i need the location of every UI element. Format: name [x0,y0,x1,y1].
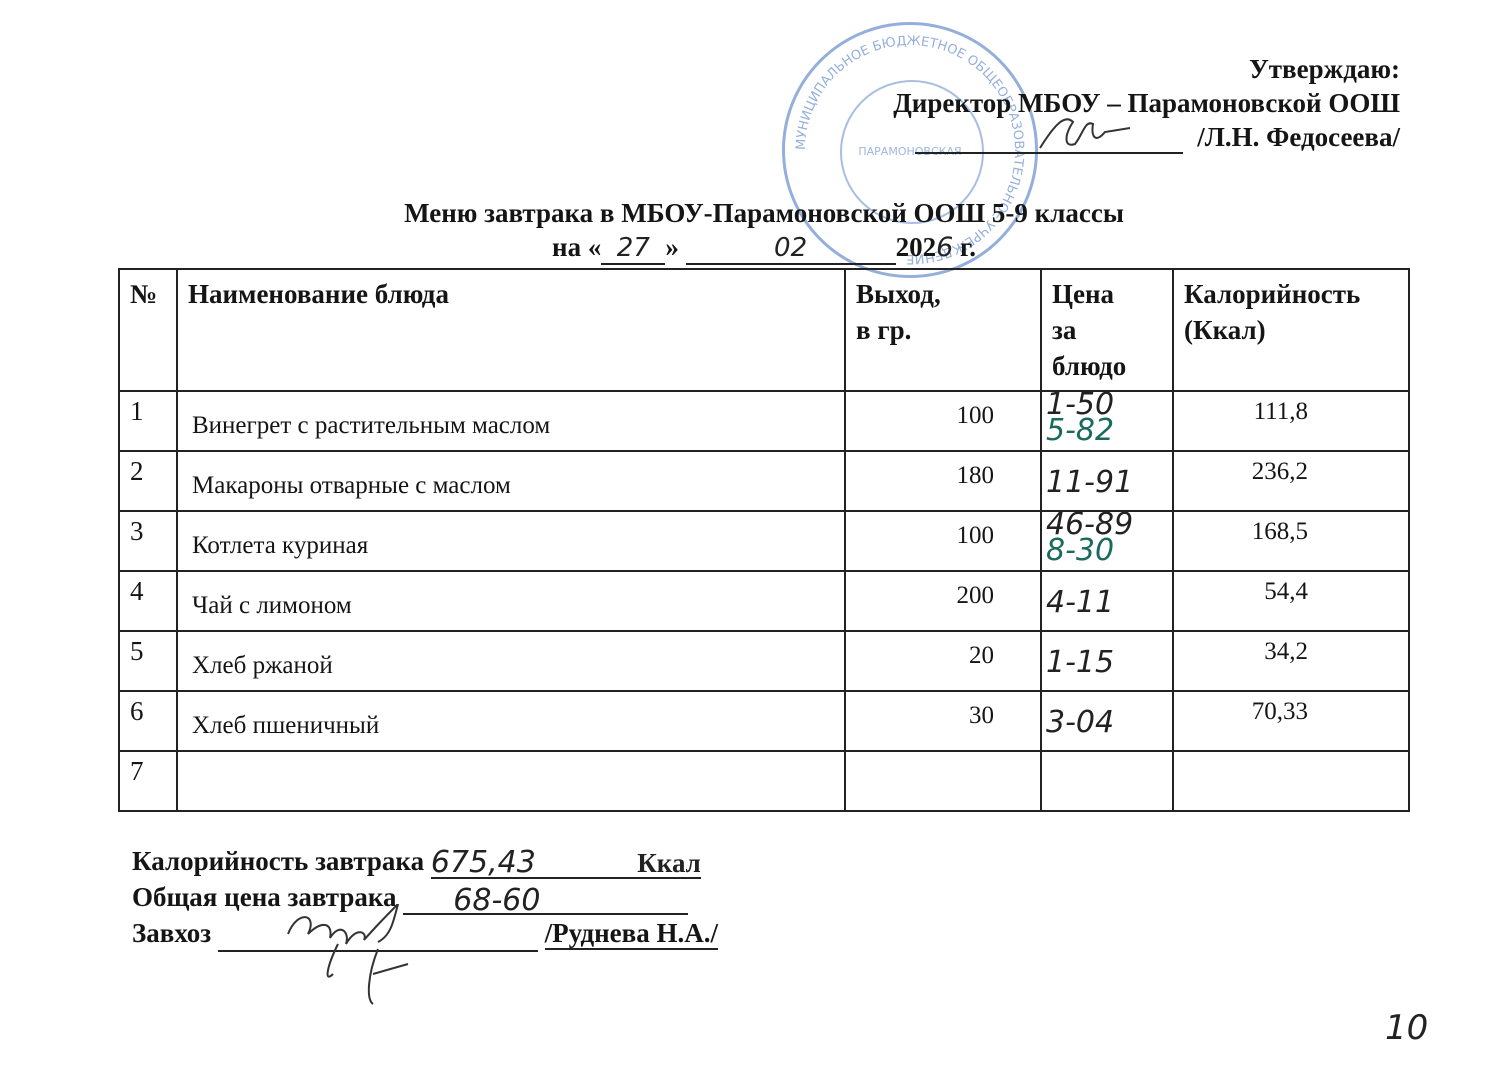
row-num: 1 [119,391,177,451]
row-num: 7 [119,751,177,811]
row-dish-name: Котлета куриная [177,511,845,571]
date-mid: » [665,232,679,262]
header-num: № [119,269,177,391]
row-dish-name [177,751,845,811]
approval-position: Директор МБОУ – Парамоновской ООШ [893,86,1400,120]
row-kcal: 168,5 [1173,511,1409,571]
summary-block: Калорийность завтрака 675,43Ккал Общая ц… [132,843,718,952]
row-num: 6 [119,691,177,751]
row-price [1041,751,1173,811]
kcal-total-value: 675,43Ккал [431,845,701,879]
row-kcal: 236,2 [1173,451,1409,511]
kcal-total-label: Калорийность завтрака [132,846,424,876]
header-price: Ценазаблюдо [1041,269,1173,391]
signature-icon [278,904,448,1014]
row-price: 11-91 [1041,451,1173,511]
row-dish-name: Макароны отварные с маслом [177,451,845,511]
row-num: 4 [119,571,177,631]
row-num: 5 [119,631,177,691]
row-output: 100 [845,391,1041,451]
header-kcal: Калорийность(Ккал) [1173,269,1409,391]
row-output: 100 [845,511,1041,571]
row-num: 3 [119,511,177,571]
date-day: 27 [601,233,665,265]
date-year-prefix: 202 [896,232,937,262]
row-output [845,751,1041,811]
header-output: Выход,в гр. [845,269,1041,391]
table-row: 7 [119,751,1409,811]
signature-icon [1035,114,1135,154]
row-output: 30 [845,691,1041,751]
row-kcal [1173,751,1409,811]
row-kcal: 70,33 [1173,691,1409,751]
row-output: 20 [845,631,1041,691]
date-year-suffix: 6 [936,232,953,263]
header-name: Наименование блюда [177,269,845,391]
page-number: 10 [1385,1008,1428,1048]
row-kcal: 54,4 [1173,571,1409,631]
row-price: 4-11 [1041,571,1173,631]
kcal-total-line: Калорийность завтрака 675,43Ккал [132,843,718,879]
approval-heading: Утверждаю: [893,52,1400,86]
row-dish-name: Хлеб ржаной [177,631,845,691]
row-num: 2 [119,451,177,511]
row-output: 200 [845,571,1041,631]
date-suffix: г. [953,232,976,262]
table-header-row: № Наименование блюда Выход,в гр. Ценазаб… [119,269,1409,391]
date-month: 02 [686,233,896,265]
table-row: 3 Котлета куриная 100 46-898-30 168,5 [119,511,1409,571]
table-row: 4 Чай с лимоном 200 4-11 54,4 [119,571,1409,631]
table-row: 1 Винегрет с растительным маслом 100 1-5… [119,391,1409,451]
row-output: 180 [845,451,1041,511]
table-row: 6 Хлеб пшеничный 30 3-04 70,33 [119,691,1409,751]
row-price: 1-505-82 [1041,391,1173,451]
storekeeper-name: /Руднева Н.А./ [545,918,718,950]
director-name: /Л.Н. Федосеева/ [1197,122,1400,152]
kcal-total-number: 675,43 [431,845,536,880]
row-price: 1-15 [1041,631,1173,691]
storekeeper-signature-line [218,918,538,952]
menu-table: № Наименование блюда Выход,в гр. Ценазаб… [118,268,1410,812]
row-kcal: 34,2 [1173,631,1409,691]
row-dish-name: Винегрет с растительным маслом [177,391,845,451]
storekeeper-label: Завхоз [132,918,211,948]
date-prefix: на « [552,232,601,262]
row-dish-name: Чай с лимоном [177,571,845,631]
document-date: на «27» 022026 г. [0,232,1500,265]
storekeeper-line: Завхоз /Руднева Н.А./ [132,915,718,952]
row-kcal: 111,8 [1173,391,1409,451]
table-row: 5 Хлеб ржаной 20 1-15 34,2 [119,631,1409,691]
table-row: 2 Макароны отварные с маслом 180 11-91 2… [119,451,1409,511]
kcal-unit: Ккал [637,845,701,881]
director-signature-line [915,130,1183,154]
row-price: 3-04 [1041,691,1173,751]
row-dish-name: Хлеб пшеничный [177,691,845,751]
document-title: Меню завтрака в МБОУ-Парамоновской ООШ 5… [0,198,1500,229]
row-price: 46-898-30 [1041,511,1173,571]
approval-block: Утверждаю: Директор МБОУ – Парамоновской… [893,52,1400,154]
